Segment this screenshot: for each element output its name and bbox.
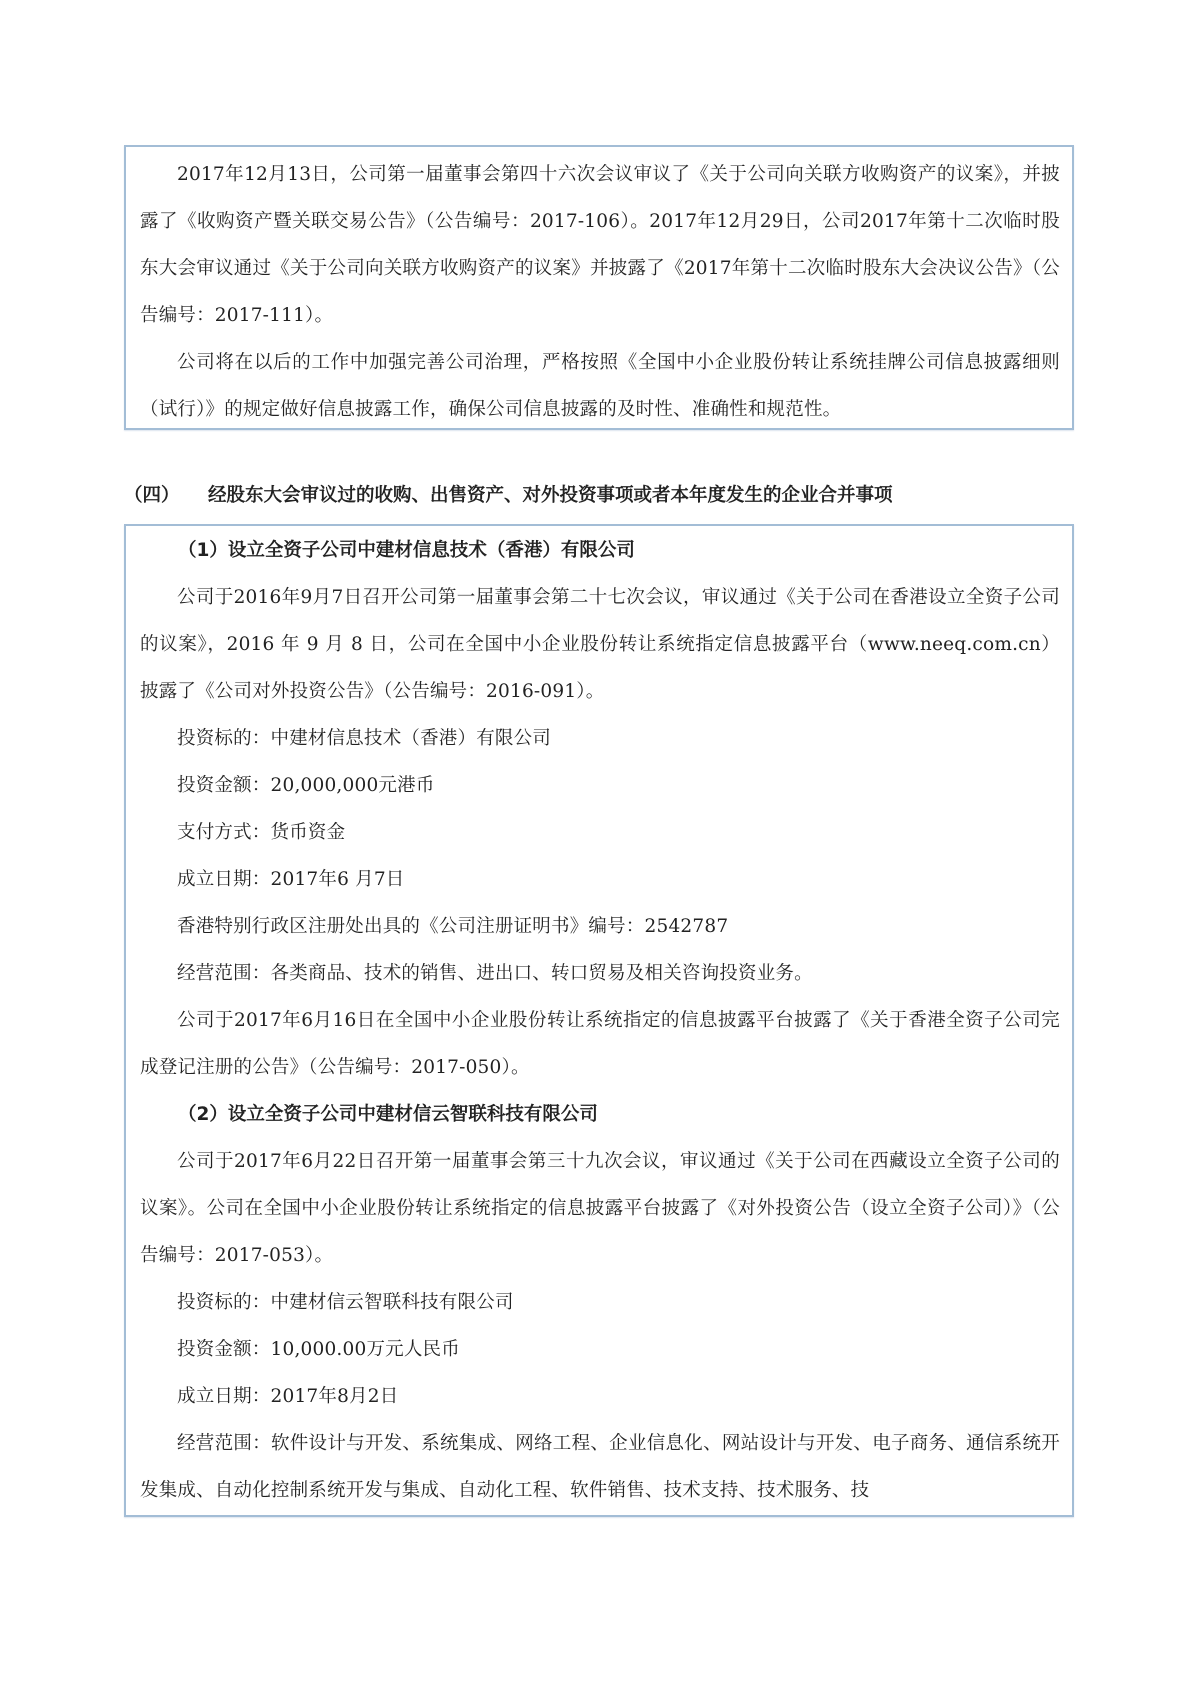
item2-established: 成立日期：2017年8月2日 xyxy=(126,1373,1072,1420)
section-number: （四） xyxy=(124,476,208,516)
section-heading: （四）经股东大会审议过的收购、出售资产、对外投资事项或者本年度发生的企业合并事项 xyxy=(124,476,893,516)
item1-heading: （1）设立全资子公司中建材信息技术（香港）有限公司 xyxy=(126,527,1072,574)
item1-amount: 投资金额：20,000,000元港币 xyxy=(126,762,1072,809)
item1-certificate: 香港特别行政区注册处出具的《公司注册证明书》编号：2542787 xyxy=(126,903,1072,950)
item2-scope: 经营范围：软件设计与开发、系统集成、网络工程、企业信息化、网站设计与开发、电子商… xyxy=(126,1420,1072,1514)
item1-target: 投资标的：中建材信息技术（香港）有限公司 xyxy=(126,715,1072,762)
investment-events-box: （1）设立全资子公司中建材信息技术（香港）有限公司 公司于2016年9月7日召开… xyxy=(124,524,1074,1517)
item1-intro: 公司于2016年9月7日召开公司第一届董事会第二十七次会议，审议通过《关于公司在… xyxy=(126,574,1072,715)
disclosure-remediation-box: 2017年12月13日，公司第一届董事会第四十六次会议审议了《关于公司向关联方收… xyxy=(124,145,1074,430)
item1-established: 成立日期：2017年6 月7日 xyxy=(126,856,1072,903)
item1-payment: 支付方式：货币资金 xyxy=(126,809,1072,856)
item2-amount: 投资金额：10,000.00万元人民币 xyxy=(126,1326,1072,1373)
governance-commitment-paragraph: 公司将在以后的工作中加强完善公司治理，严格按照《全国中小企业股份转让系统挂牌公司… xyxy=(126,339,1072,433)
item2-heading: （2）设立全资子公司中建材信云智联科技有限公司 xyxy=(126,1091,1072,1138)
item2-intro: 公司于2017年6月22日召开第一届董事会第三十九次会议，审议通过《关于公司在西… xyxy=(126,1138,1072,1279)
board-meeting-paragraph: 2017年12月13日，公司第一届董事会第四十六次会议审议了《关于公司向关联方收… xyxy=(126,151,1072,339)
item2-target: 投资标的：中建材信云智联科技有限公司 xyxy=(126,1279,1072,1326)
item1-disclosure: 公司于2017年6月16日在全国中小企业股份转让系统指定的信息披露平台披露了《关… xyxy=(126,997,1072,1091)
section-title: 经股东大会审议过的收购、出售资产、对外投资事项或者本年度发生的企业合并事项 xyxy=(208,485,893,506)
item1-scope: 经营范围：各类商品、技术的销售、进出口、转口贸易及相关咨询投资业务。 xyxy=(126,950,1072,997)
